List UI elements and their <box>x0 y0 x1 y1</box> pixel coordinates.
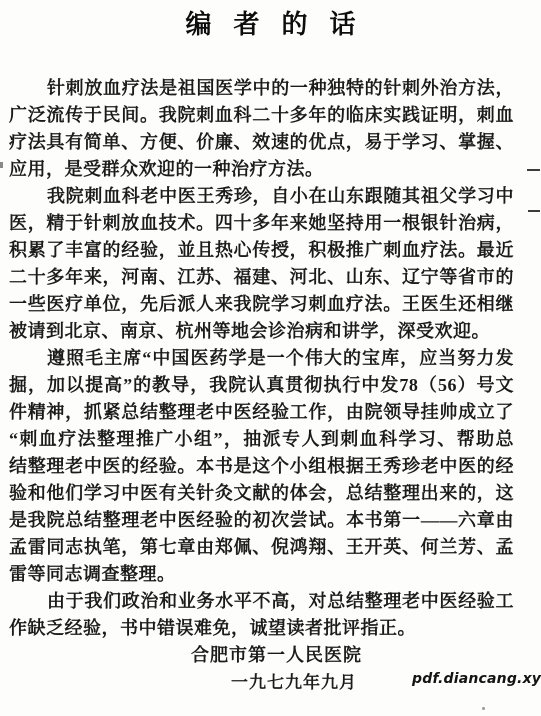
signature-organization: 合肥市第一人民医院 <box>9 642 514 669</box>
text-line: 我院刺血科老中医王秀珍，自小在山东跟随其祖父学习中 <box>9 183 514 210</box>
text-line: 作缺乏经验，书中错误难免，诚望读者批评指正。 <box>9 615 514 642</box>
scan-artifact-speck <box>0 162 3 168</box>
body-text: 针刺放血疗法是祖国医学中的一种独特的针刺外治方法， 广泛流传于民间。我院刺血科二… <box>9 75 514 696</box>
scan-artifact-dash <box>528 210 540 212</box>
text-line: 应用，是受群众欢迎的一种治疗方法。 <box>9 156 514 183</box>
text-line: 二十多年来，河南、江苏、福建、河北、山东、辽宁等省市的 <box>9 264 514 291</box>
scan-artifact-dash <box>527 169 540 171</box>
scan-artifact-dot <box>482 707 485 710</box>
text-line: 疗法具有简单、方便、价廉、效速的优点，易于学习、掌握、 <box>9 129 514 156</box>
text-line: 掘，加以提高”的教导，我院认真贯彻执行中发78（56）号文 <box>9 372 514 399</box>
text-line: 由于我们政治和业务水平不高，对总结整理老中医经验工 <box>9 588 514 615</box>
watermark: pdf.diancang.xyz <box>412 671 541 687</box>
text-line: 积累了丰富的经验，並且热心传授，积极推广刺血疗法。最近 <box>9 237 514 264</box>
text-line: 遵照毛主席“中国医药学是一个伟大的宝库，应当努力发 <box>9 345 514 372</box>
scanned-page: 编者的话 针刺放血疗法是祖国医学中的一种独特的针刺外治方法， 广泛流传于民间。我… <box>0 0 541 716</box>
text-line: 被请到北京、南京、杭州等地会诊治病和讲学，深受欢迎。 <box>9 318 514 345</box>
text-line: 针刺放血疗法是祖国医学中的一种独特的针刺外治方法， <box>9 75 514 102</box>
text-line: 孟雷同志执笔，第七章由郑佩、倪鸿翔、王开英、何兰芳、孟 <box>9 534 514 561</box>
text-line: 医，精于针刺放血技术。四十多年来她坚持用一根银针治病， <box>9 210 514 237</box>
text-line: 雷等同志调查整理。 <box>9 561 514 588</box>
text-line: 结整理老中医的经验。本书是这个小组根据王秀珍老中医的经 <box>9 453 514 480</box>
text-line: “刺血疗法整理推广小组”，抽派专人到刺血科学习、帮助总 <box>9 426 514 453</box>
text-line: 是我院总结整理老中医经验的初次尝试。本书第一——六章由 <box>9 507 514 534</box>
page-title: 编者的话 <box>0 3 541 45</box>
text-line: 广泛流传于民间。我院刺血科二十多年的临床实践证明，刺血 <box>9 102 514 129</box>
text-line: 验和他们学习中医有关针灸文献的体会，总结整理出来的，这 <box>9 480 514 507</box>
text-line: 件精神，抓紧总结整理老中医经验工作，由院领导挂帅成立了 <box>9 399 514 426</box>
text-line: 一些医疗单位，先后派人来我院学习刺血疗法。王医生还相继 <box>9 291 514 318</box>
